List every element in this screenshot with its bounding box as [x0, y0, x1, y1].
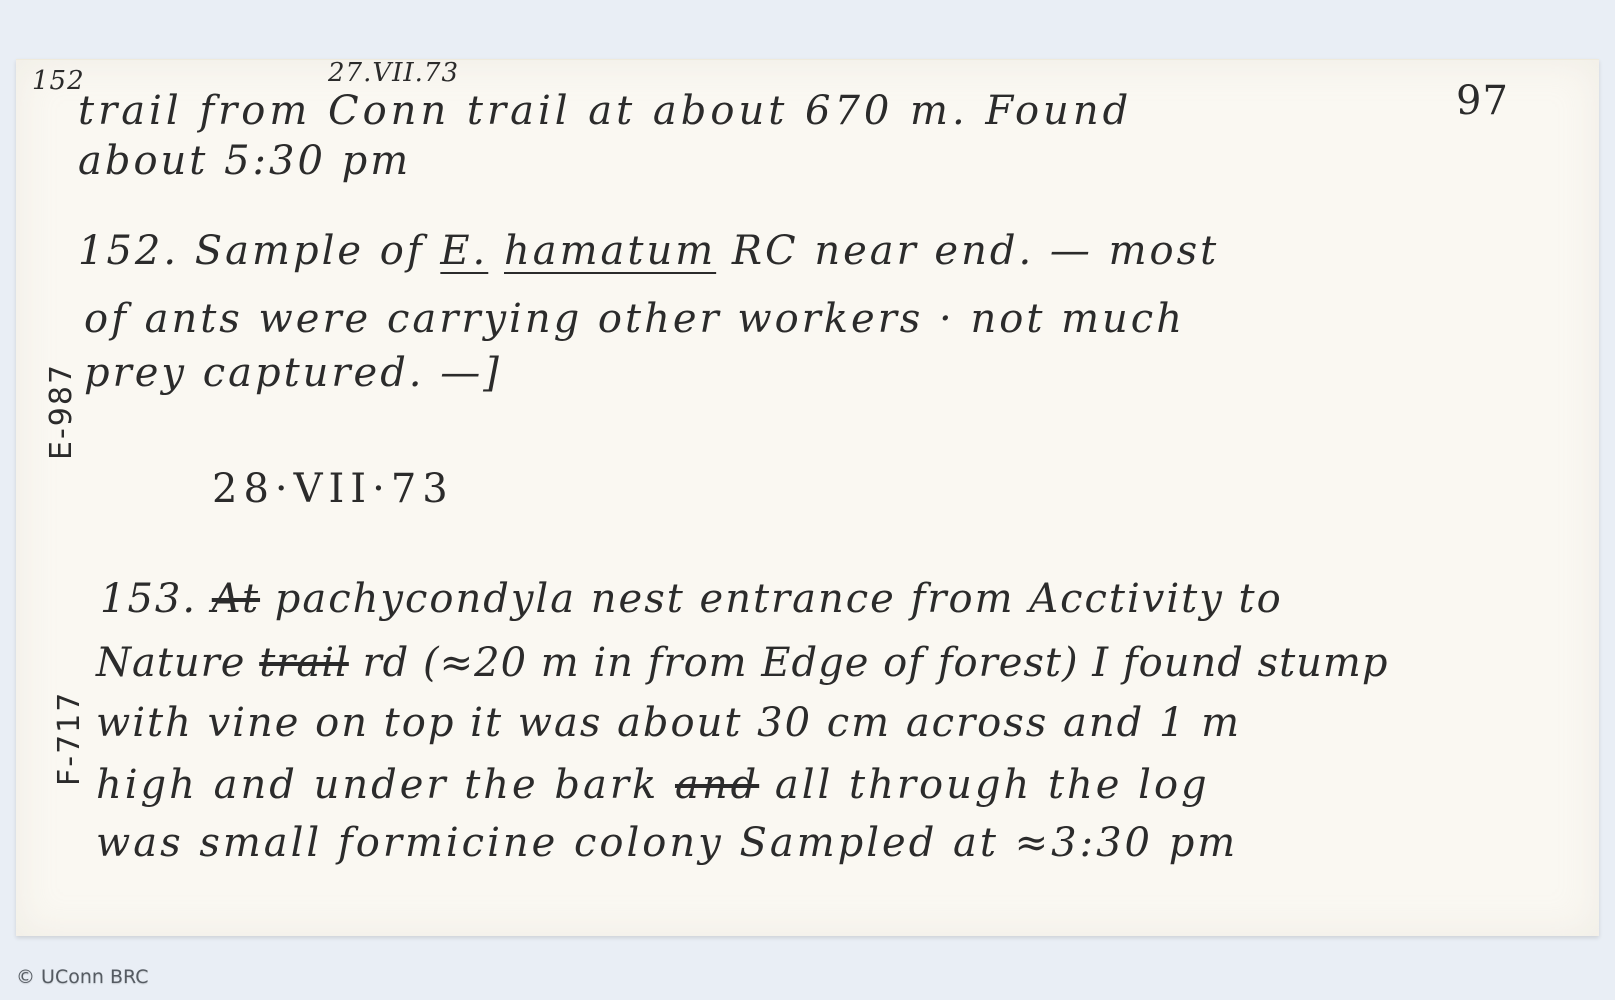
- header-date: 27.VII.73: [328, 58, 459, 88]
- header-line-1: trail from Conn trail at about 670 m. Fo…: [78, 88, 1132, 134]
- entry-153-line-4: high and under the bark and all through …: [96, 762, 1210, 808]
- entry-152-line-1: 152. Sample of E. hamatum RC near end. —…: [78, 228, 1219, 274]
- entry-152-text-before: Sample of: [195, 228, 425, 274]
- entry-153-line-3: with vine on top it was about 30 cm acro…: [96, 700, 1241, 746]
- entry-153-line-4-text: all through the log: [775, 762, 1210, 808]
- header-entry-ref: 152: [32, 66, 85, 96]
- entry-152-species: hamatum: [504, 228, 716, 274]
- entry-153-line-5: was small formicine colony Sampled at ≈3…: [96, 820, 1238, 866]
- entry-152-line-2: of ants were carrying other workers · no…: [84, 296, 1185, 342]
- entry-152-line-3: prey captured. —]: [84, 350, 502, 396]
- entry-153-line-4-struck: and: [675, 762, 759, 808]
- margin-catalog-f717: F-717: [52, 691, 87, 786]
- entry-153-number: 153.: [100, 576, 197, 622]
- copyright-notice: © UConn BRC: [16, 966, 149, 988]
- entry-153-line-4-prefix: high and under the bark: [96, 762, 659, 808]
- entry-153-line-2: Nature trail rd (≈20 m in from Edge of f…: [96, 640, 1388, 686]
- date-2: 28·VII·73: [212, 466, 454, 512]
- header-line-2: about 5:30 pm: [78, 138, 411, 184]
- entry-152-number: 152.: [78, 228, 179, 274]
- margin-catalog-e987: E-987: [44, 363, 79, 460]
- entry-153-line-2-struck: trail: [259, 640, 349, 686]
- entry-153-line-1-text: pachycondyla nest entrance from Acctivit…: [275, 576, 1283, 622]
- entry-153-line-2-text: rd (≈20 m in from Edge of forest) I foun…: [363, 640, 1389, 686]
- entry-153-line-2-prefix: Nature: [96, 640, 245, 686]
- entry-153-struck-word: At: [212, 576, 260, 622]
- document-viewer: 97 152 27.VII.73 trail from Conn trail a…: [0, 0, 1615, 1000]
- entry-152-text-after: RC near end. — most: [732, 228, 1219, 274]
- entry-152-genus: E.: [440, 228, 488, 274]
- field-note-card: 97 152 27.VII.73 trail from Conn trail a…: [16, 59, 1599, 936]
- entry-153-line-1: 153. At pachycondyla nest entrance from …: [100, 576, 1283, 622]
- page-number: 97: [1456, 78, 1509, 124]
